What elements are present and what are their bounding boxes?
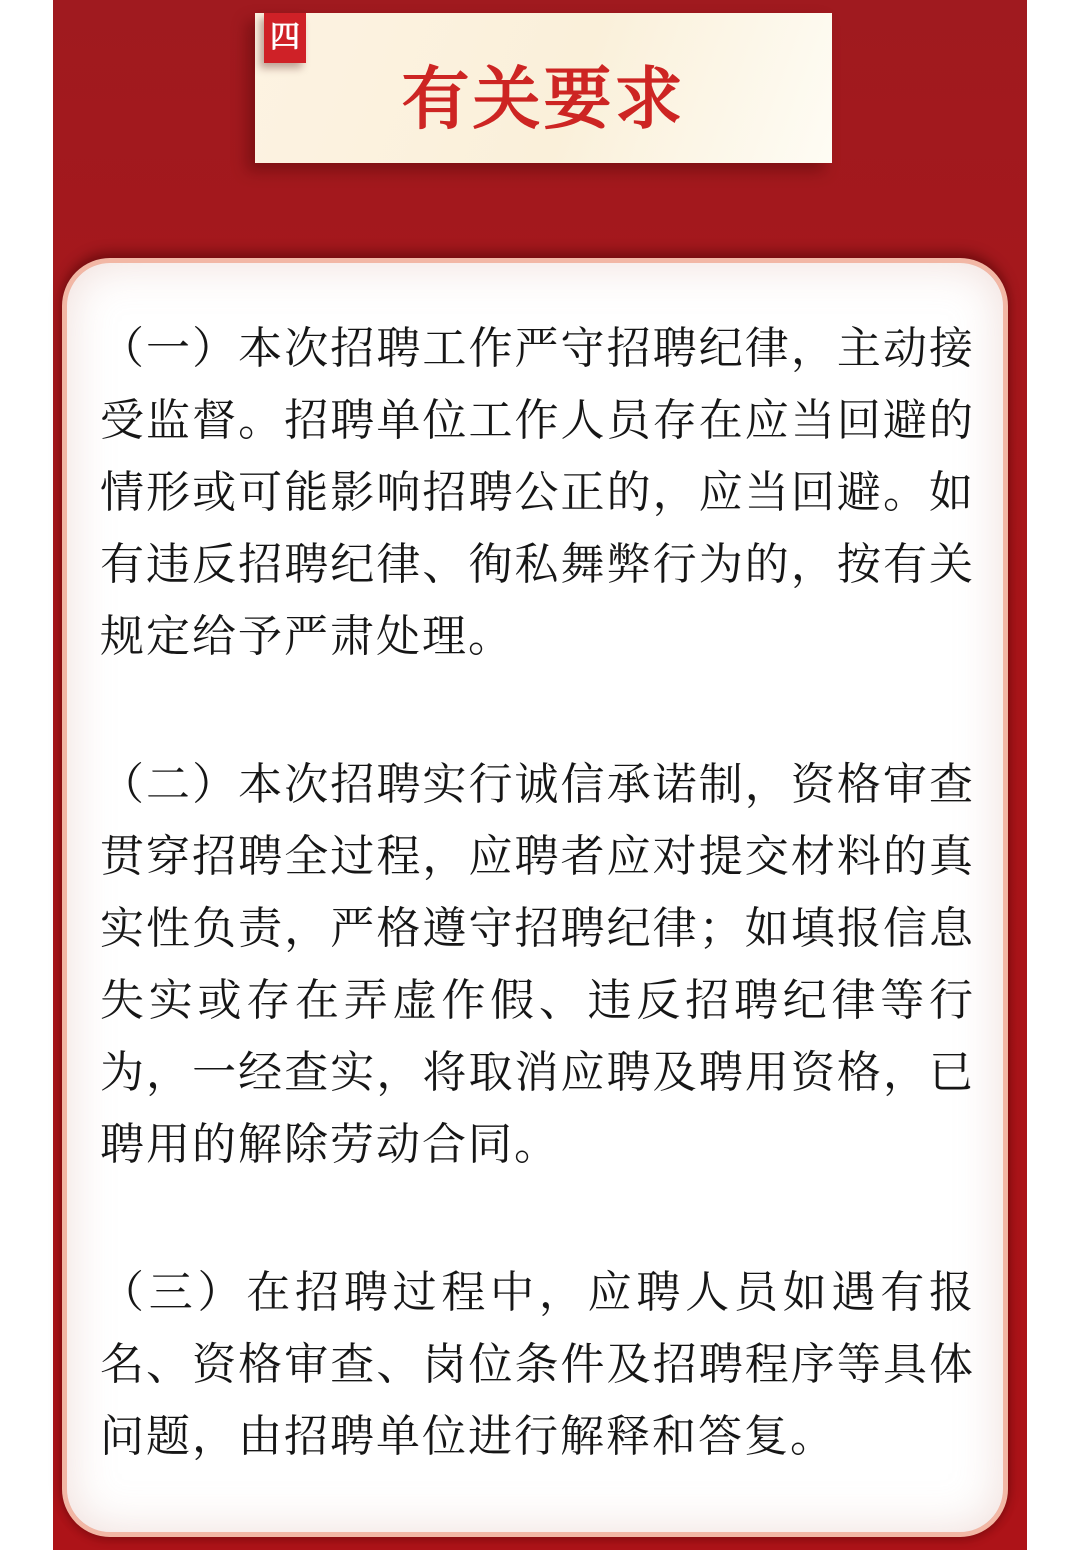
paragraph-requirement-2: （二）本次招聘实行诚信承诺制，资格审查贯穿招聘全过程，应聘者应对提交材料的真实性… <box>100 749 975 1181</box>
content-card: （一）本次招聘工作严守招聘纪律，主动接受监督。招聘单位工作人员存在应当回避的情形… <box>62 258 1008 1537</box>
page-title: 有关要求 <box>255 45 832 142</box>
paragraph-requirement-3: （三）在招聘过程中，应聘人员如遇有报名、资格审查、岗位条件及招聘程序等具体问题，… <box>100 1257 975 1473</box>
poster-background: 四 有关要求 （一）本次招聘工作严守招聘纪律，主动接受监督。招聘单位工作人员存在… <box>53 0 1027 1550</box>
section-header: 四 有关要求 <box>255 13 832 163</box>
page-background: 四 有关要求 （一）本次招聘工作严守招聘纪律，主动接受监督。招聘单位工作人员存在… <box>0 0 1080 1550</box>
paragraph-requirement-1: （一）本次招聘工作严守招聘纪律，主动接受监督。招聘单位工作人员存在应当回避的情形… <box>100 313 975 673</box>
content-card-body: （一）本次招聘工作严守招聘纪律，主动接受监督。招聘单位工作人员存在应当回避的情形… <box>67 263 1003 1473</box>
